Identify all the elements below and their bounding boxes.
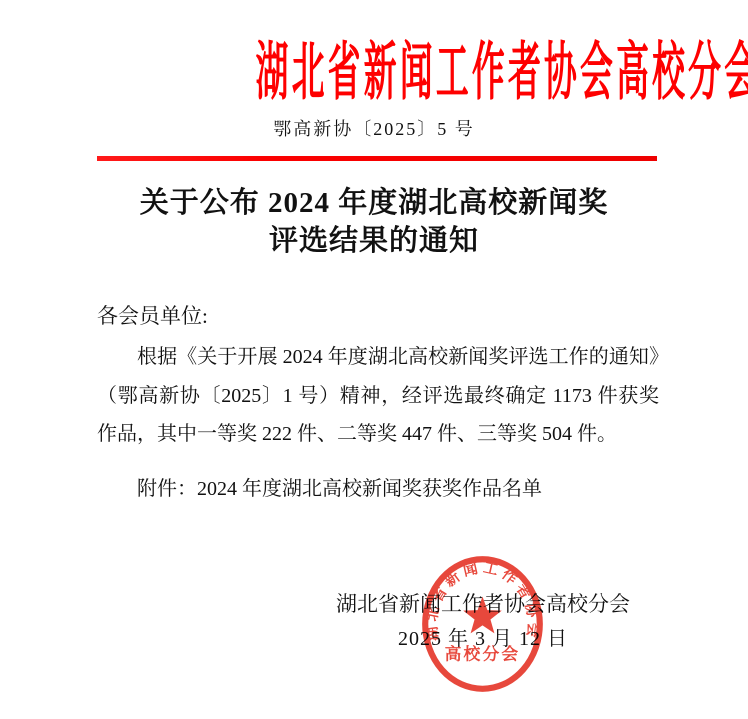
document-page: 湖北省新闻工作者协会高校分会文件 鄂高新协〔2025〕5 号 关于公布 2024… xyxy=(0,0,748,719)
seal-ring xyxy=(425,559,540,689)
document-title-line1: 关于公布 2024 年度湖北高校新闻奖 xyxy=(0,184,748,222)
letterhead-banner-text: 湖北省新闻工作者协会高校分会文件 xyxy=(256,37,748,108)
document-title: 关于公布 2024 年度湖北高校新闻奖 评选结果的通知 xyxy=(0,184,748,260)
red-divider-rule xyxy=(97,156,657,161)
signature-organization: 湖北省新闻工作者协会高校分会 xyxy=(313,591,653,617)
letterhead-banner: 湖北省新闻工作者协会高校分会文件 xyxy=(0,38,748,124)
attachment-note: 附件：2024 年度湖北高校新闻奖获奖作品名单 xyxy=(97,475,659,503)
document-title-line2: 评选结果的通知 xyxy=(0,222,748,260)
official-seal: 湖北省新闻工作者协会 高校分会 xyxy=(412,545,553,703)
body-paragraph: 根据《关于开展 2024 年度湖北高校新闻奖评选工作的通知》（鄂高新协〔2025… xyxy=(97,338,659,454)
signature-date: 2025 年 3 月 12 日 xyxy=(313,626,653,652)
document-number: 鄂高新协〔2025〕5 号 xyxy=(0,116,748,142)
salutation: 各会员单位: xyxy=(97,302,659,330)
